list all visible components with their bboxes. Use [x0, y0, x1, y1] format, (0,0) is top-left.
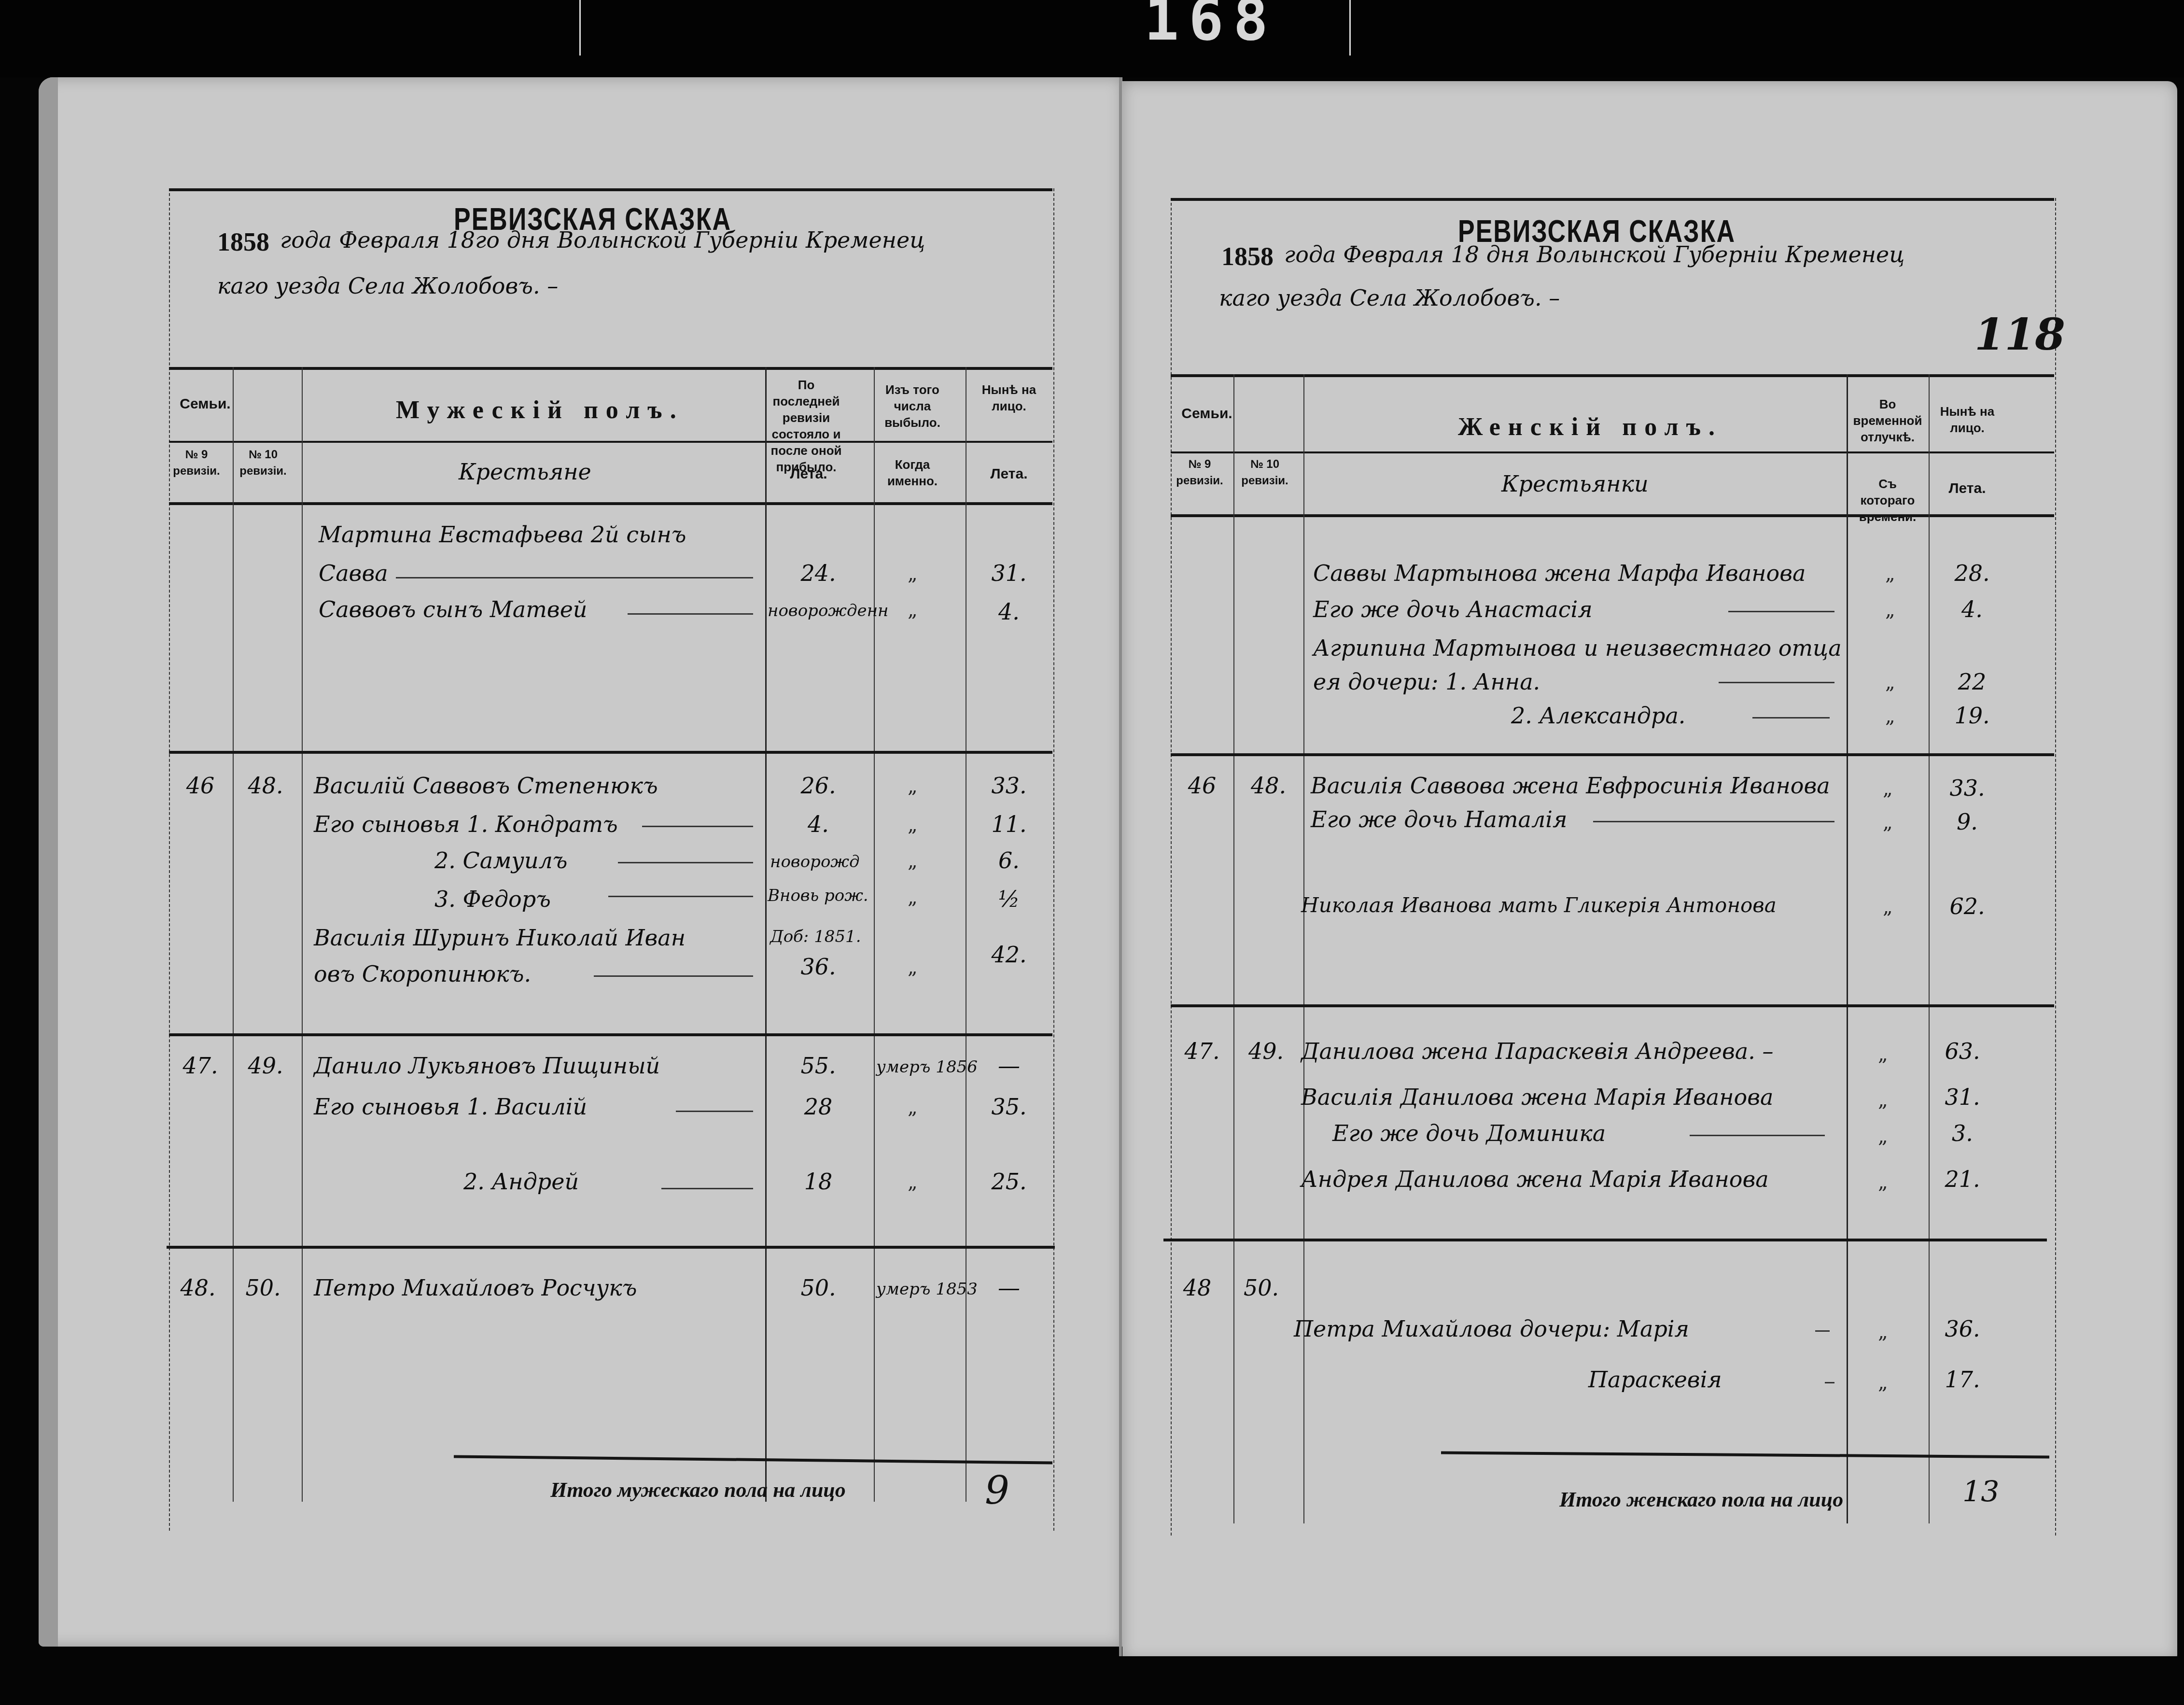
- left-row-12-name: 2. Андрей: [463, 1169, 579, 1195]
- right-row-15-name: Параскевія: [1588, 1367, 1722, 1393]
- left-row-13-present: —: [970, 1275, 1048, 1301]
- right-row-9-name: Данилова жена Параскевія Андреева. –: [1301, 1038, 1773, 1064]
- left-row-5-departed: „: [908, 814, 918, 836]
- right-row-11-absent: „: [1878, 1125, 1888, 1147]
- right-row-9-absent: „: [1878, 1043, 1888, 1065]
- left-row-9-last: 36.: [772, 954, 864, 980]
- left-row-3-name: Саввовъ сынъ Матвей: [319, 596, 588, 622]
- left-row-3-present: 4.: [970, 599, 1048, 625]
- right-row-8-absent: „: [1883, 896, 1893, 918]
- family-divider: [1171, 1004, 2054, 1007]
- right-row-14-absent: „: [1878, 1321, 1888, 1343]
- left-row-6-departed: „: [908, 850, 918, 872]
- left-col-sex: Мужескій полъ.: [396, 396, 684, 424]
- left-row-2-name: Савва: [319, 560, 388, 586]
- left-row-12-last: 18: [772, 1169, 864, 1195]
- fill-dash: [1593, 821, 1834, 822]
- right-col-estate: Крестьянки: [1501, 471, 1649, 497]
- left-row-6-name: 2. Самуилъ: [434, 847, 568, 874]
- left-row-4-name: Василій Саввовъ Степенюкъ: [314, 773, 658, 799]
- left-row-10-departed: умеръ 1856: [876, 1057, 978, 1077]
- right-row-11-name: Его же дочь Доминика: [1332, 1120, 1606, 1146]
- right-row-4-name: ея дочери: 1. Анна.: [1313, 669, 1540, 695]
- right-row-6-absent: „: [1883, 777, 1893, 800]
- right-row-4-absent: „: [1885, 671, 1895, 693]
- right-row-1-absent: „: [1885, 563, 1895, 585]
- divider: [169, 188, 1052, 191]
- divider: [1171, 198, 2054, 201]
- left-col-estate: Крестьяне: [459, 459, 591, 485]
- left-row-10-last: 55.: [772, 1053, 864, 1079]
- left-heading-line1: года Февраля 18го дня Волынской Губерніи…: [280, 227, 925, 253]
- film-strip-line-right: [1349, 0, 1351, 56]
- left-row-4-rev9: 46: [174, 773, 227, 799]
- right-col-rev9: № 9 ревизіи.: [1173, 456, 1226, 489]
- left-col-departed: Изъ того числа выбыло.: [879, 381, 946, 431]
- fill-dash: [642, 826, 753, 827]
- left-total-value: 9: [985, 1468, 1009, 1513]
- left-row-5-last: 4.: [772, 811, 864, 837]
- fill-dash: [1815, 1330, 1830, 1332]
- col-line: [765, 367, 767, 1502]
- right-col-present-sub: Лета.: [1931, 480, 2003, 497]
- right-row-2-present: 4.: [1936, 596, 2008, 622]
- col-line: [1303, 374, 1304, 1523]
- right-row-9-present: 63.: [1926, 1038, 1999, 1064]
- sheet-number: 118: [1974, 309, 2065, 360]
- left-row-9-present: 42.: [970, 942, 1048, 968]
- right-row-6-rev10: 48.: [1238, 773, 1299, 799]
- right-row-12-name: Андрея Данилова жена Марія Иванова: [1301, 1166, 1769, 1192]
- film-strip-line-left: [579, 0, 581, 56]
- right-total-label: Итого женскаго пола на лицо: [1559, 1487, 1843, 1512]
- left-row-3-last: новорожденн: [768, 601, 888, 620]
- left-col-rev9: № 9 ревизіи.: [170, 447, 223, 479]
- right-row-8-present: 62.: [1931, 893, 2003, 919]
- left-col-present: Нынѣ на лицо.: [973, 381, 1045, 414]
- right-col-present: Нынѣ на лицо.: [1931, 403, 2003, 436]
- right-col-family: Семьи.: [1173, 406, 1241, 422]
- right-total-value: 13: [1962, 1475, 1999, 1509]
- right-row-5-present: 19.: [1936, 703, 2008, 729]
- left-page-edge: [39, 77, 58, 1647]
- right-row-13-rev9: 48: [1168, 1275, 1226, 1301]
- left-row-11-last: 28: [772, 1094, 864, 1120]
- family-divider: [1171, 753, 2054, 756]
- right-row-9-rev10: 49.: [1236, 1038, 1296, 1064]
- col-line: [1929, 374, 1930, 1523]
- left-heading-line2: каго уезда Села Жолобовъ. –: [217, 273, 558, 299]
- left-col-rev10: № 10 ревизіи.: [227, 447, 299, 479]
- family-divider: [1163, 1239, 2047, 1241]
- right-row-10-present: 31.: [1926, 1084, 1999, 1110]
- left-year: 1858: [217, 227, 269, 257]
- left-row-9-departed: „: [908, 956, 918, 978]
- right-row-13-rev10: 50.: [1231, 1275, 1291, 1301]
- left-row-7-departed: „: [908, 886, 918, 908]
- left-col-present-sub: Лета.: [973, 466, 1045, 482]
- left-col-family: Семьи.: [174, 396, 237, 412]
- left-row-9-name: овъ Скоропинюкъ.: [314, 961, 531, 987]
- left-col-last-rev: По последней ревизіи состояло и после он…: [765, 377, 847, 475]
- left-row-7-name: 3. Федоръ: [434, 886, 551, 912]
- left-row-11-departed: „: [908, 1096, 918, 1118]
- film-strip-top: [0, 0, 2184, 77]
- right-col-rev10: № 10 ревизіи.: [1229, 456, 1301, 489]
- right-row-6-name: Василія Саввова жена Евфросинія Иванова: [1311, 773, 1830, 799]
- left-row-10-name: Данило Лукьяновъ Пищиный: [314, 1053, 660, 1079]
- left-row-6-last: новорожд: [770, 852, 860, 872]
- right-row-4-present: 22: [1936, 669, 2008, 695]
- fill-dash: [608, 896, 753, 897]
- fill-dash: [618, 862, 753, 863]
- left-col-last-rev-sub: Лета.: [772, 466, 845, 482]
- left-row-6-present: 6.: [970, 847, 1048, 874]
- scan-background-bottom: [0, 1656, 2184, 1705]
- right-row-5-absent: „: [1885, 705, 1895, 727]
- right-row-9-rev9: 47.: [1173, 1038, 1231, 1064]
- right-heading-line1: года Февраля 18 дня Волынской Губерніи К…: [1284, 241, 1904, 268]
- family-divider: [169, 1033, 1052, 1036]
- right-row-5-name: 2. Александра.: [1511, 703, 1685, 729]
- left-row-11-present: 35.: [970, 1094, 1048, 1120]
- frame-number: 168: [1144, 0, 1278, 54]
- right-row-12-absent: „: [1878, 1171, 1888, 1193]
- left-row-13-rev10: 50.: [234, 1275, 292, 1301]
- fill-dash: [1825, 1382, 1834, 1383]
- left-row-12-departed: „: [908, 1171, 918, 1193]
- right-row-10-name: Василія Данилова жена Марія Иванова: [1301, 1084, 1773, 1110]
- col-line: [1847, 374, 1848, 1523]
- left-row-8-name: Василія Шуринъ Николай Иван: [314, 925, 686, 951]
- right-col-sex: Женскій полъ.: [1458, 413, 1722, 441]
- family-divider: [169, 751, 1052, 754]
- left-row-11-name: Его сыновья 1. Василій: [314, 1094, 587, 1120]
- left-row-7-last: Вновь рож.: [768, 886, 868, 905]
- left-row-7-present: ½: [970, 886, 1048, 912]
- left-row-8-last: Доб: 1851.: [770, 927, 861, 946]
- right-row-11-present: 3.: [1926, 1120, 1999, 1146]
- right-row-7-absent: „: [1883, 811, 1893, 833]
- fill-dash: [1690, 1135, 1825, 1136]
- left-row-5-present: 11.: [970, 811, 1048, 837]
- fill-dash: [1752, 717, 1830, 719]
- fill-dash: [661, 1188, 753, 1189]
- right-row-2-name: Его же дочь Анастасія: [1313, 596, 1593, 622]
- right-row-12-present: 21.: [1926, 1166, 1999, 1192]
- fill-dash: [676, 1111, 753, 1112]
- right-row-2-absent: „: [1885, 599, 1895, 621]
- col-line: [966, 367, 966, 1502]
- right-row-7-present: 9.: [1931, 809, 2003, 835]
- fill-dash: [628, 613, 753, 615]
- right-row-10-absent: „: [1878, 1089, 1888, 1111]
- left-row-2-departed: „: [908, 563, 918, 585]
- col-line: [874, 367, 875, 1502]
- right-row-1-name: Саввы Мартынова жена Марфа Иванова: [1313, 560, 1806, 586]
- book-gutter: [1119, 77, 1122, 1661]
- left-row-10-rev10: 49.: [237, 1053, 294, 1079]
- left-row-3-departed: „: [908, 599, 918, 621]
- right-row-3-name: Агрипина Мартынова и неизвестнаго отца: [1313, 635, 1842, 661]
- left-row-4-departed: „: [908, 775, 918, 797]
- left-row-10-rev9: 47.: [174, 1053, 227, 1079]
- col-line: [1233, 374, 1234, 1523]
- left-row-2-present: 31.: [970, 560, 1048, 586]
- left-row-13-name: Петро Михайловъ Росчукъ: [314, 1275, 637, 1301]
- left-row-4-rev10: 48.: [237, 773, 294, 799]
- left-row-5-name: Его сыновья 1. Кондратъ: [314, 811, 618, 837]
- fill-dash: [396, 577, 753, 578]
- left-total-label: Итого мужескаго пола на лицо: [550, 1478, 846, 1502]
- left-row-13-departed: умеръ 1853: [876, 1280, 978, 1299]
- left-col-departed-sub: Когда именно.: [879, 456, 946, 489]
- right-row-14-name: Петра Михайлова дочери: Марія: [1294, 1316, 1689, 1342]
- right-row-6-rev9: 46: [1173, 773, 1231, 799]
- right-heading-line2: каго уезда Села Жолобовъ. –: [1219, 285, 1560, 311]
- col-line: [233, 367, 234, 1502]
- left-row-12-present: 25.: [970, 1169, 1048, 1195]
- right-row-15-present: 17.: [1926, 1367, 1999, 1393]
- right-row-7-name: Его же дочь Наталія: [1311, 806, 1567, 832]
- left-row-1-name: Мартина Евстафьева 2й сынъ: [319, 521, 686, 548]
- left-row-2-last: 24.: [772, 560, 864, 586]
- left-row-4-last: 26.: [772, 773, 864, 799]
- fill-dash: [594, 975, 753, 977]
- right-col-absent-sub: Съ котораго времени.: [1851, 476, 1924, 525]
- col-line: [302, 367, 303, 1502]
- right-row-8-name: Николая Иванова мать Гликерія Антонова: [1301, 893, 1777, 917]
- fill-dash: [1728, 611, 1834, 612]
- right-col-absent: Во временной отлучкѣ.: [1851, 396, 1924, 445]
- left-row-4-present: 33.: [970, 773, 1048, 799]
- family-divider: [167, 1246, 1055, 1249]
- right-row-6-present: 33.: [1931, 775, 2003, 801]
- left-row-13-rev9: 48.: [171, 1275, 224, 1301]
- right-row-15-absent: „: [1878, 1371, 1888, 1394]
- left-row-10-present: —: [970, 1053, 1048, 1079]
- right-row-14-present: 36.: [1926, 1316, 1999, 1342]
- left-row-13-last: 50.: [772, 1275, 864, 1301]
- right-year: 1858: [1221, 241, 1274, 271]
- fill-dash: [1719, 682, 1834, 683]
- right-row-1-present: 28.: [1936, 560, 2008, 586]
